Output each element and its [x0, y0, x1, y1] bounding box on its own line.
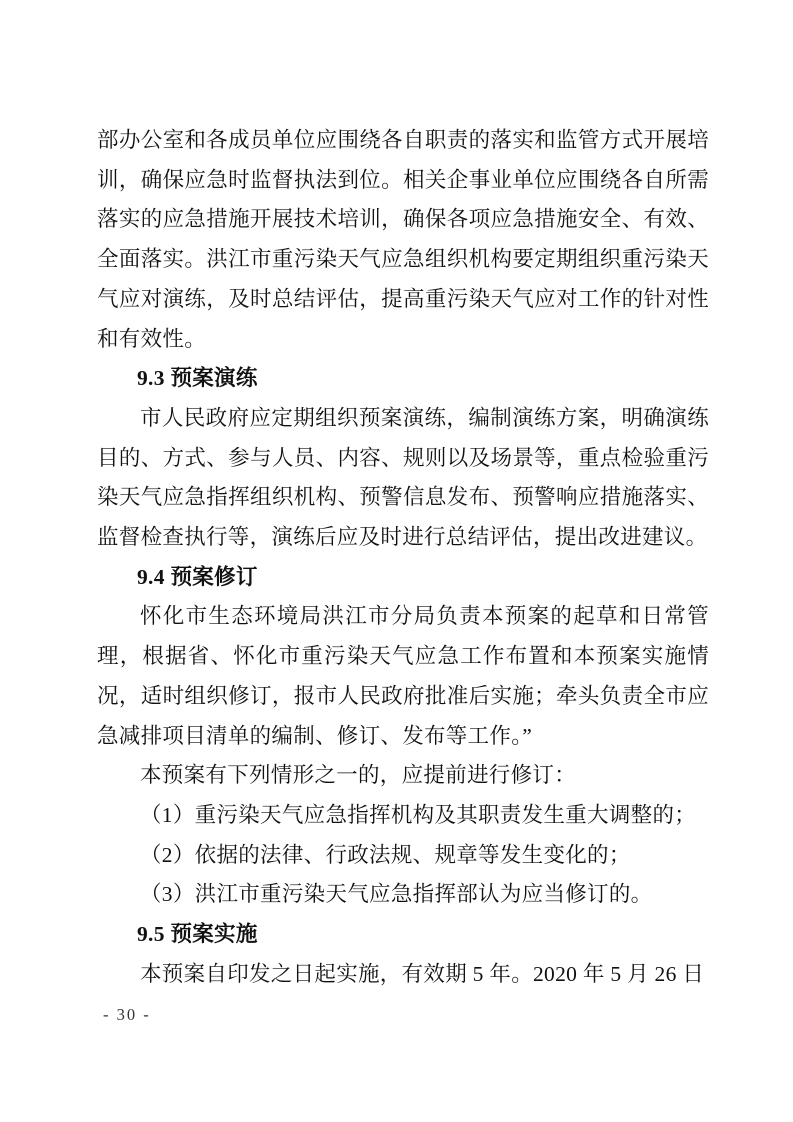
document-page: 部办公室和各成员单位应围绕各自职责的落实和监管方式开展培训，确保应急时监督执法到… — [0, 0, 793, 1122]
paragraph-drill-plan: 市人民政府应定期组织预案演练，编制演练方案，明确演练目的、方式、参与人员、内容、… — [97, 399, 709, 558]
page-number: - 30 - — [103, 1003, 151, 1027]
paragraph-revision-conditions-intro: 本预案有下列情形之一的，应提前进行修订： — [97, 756, 709, 796]
paragraph-implementation-date: 本预案自印发之日起实施，有效期 5 年。2020 年 5 月 26 日 — [97, 955, 709, 995]
document-body: 部办公室和各成员单位应围绕各自职责的落实和监管方式开展培训，确保应急时监督执法到… — [97, 121, 709, 994]
list-item-condition-2: （2）依据的法律、行政法规、规章等发生变化的； — [97, 836, 709, 876]
list-item-condition-1: （1）重污染天气应急指挥机构及其职责发生重大调整的； — [97, 796, 709, 836]
list-item-condition-3: （3）洪江市重污染天气应急指挥部认为应当修订的。 — [97, 875, 709, 915]
section-heading-9-4: 9.4 预案修订 — [97, 558, 709, 598]
section-heading-9-5: 9.5 预案实施 — [97, 915, 709, 955]
paragraph-revision-responsibility: 怀化市生态环境局洪江市分局负责本预案的起草和日常管理，根据省、怀化市重污染天气应… — [97, 597, 709, 756]
section-heading-9-3: 9.3 预案演练 — [97, 359, 709, 399]
paragraph-continuation: 部办公室和各成员单位应围绕各自职责的落实和监管方式开展培训，确保应急时监督执法到… — [97, 121, 709, 359]
